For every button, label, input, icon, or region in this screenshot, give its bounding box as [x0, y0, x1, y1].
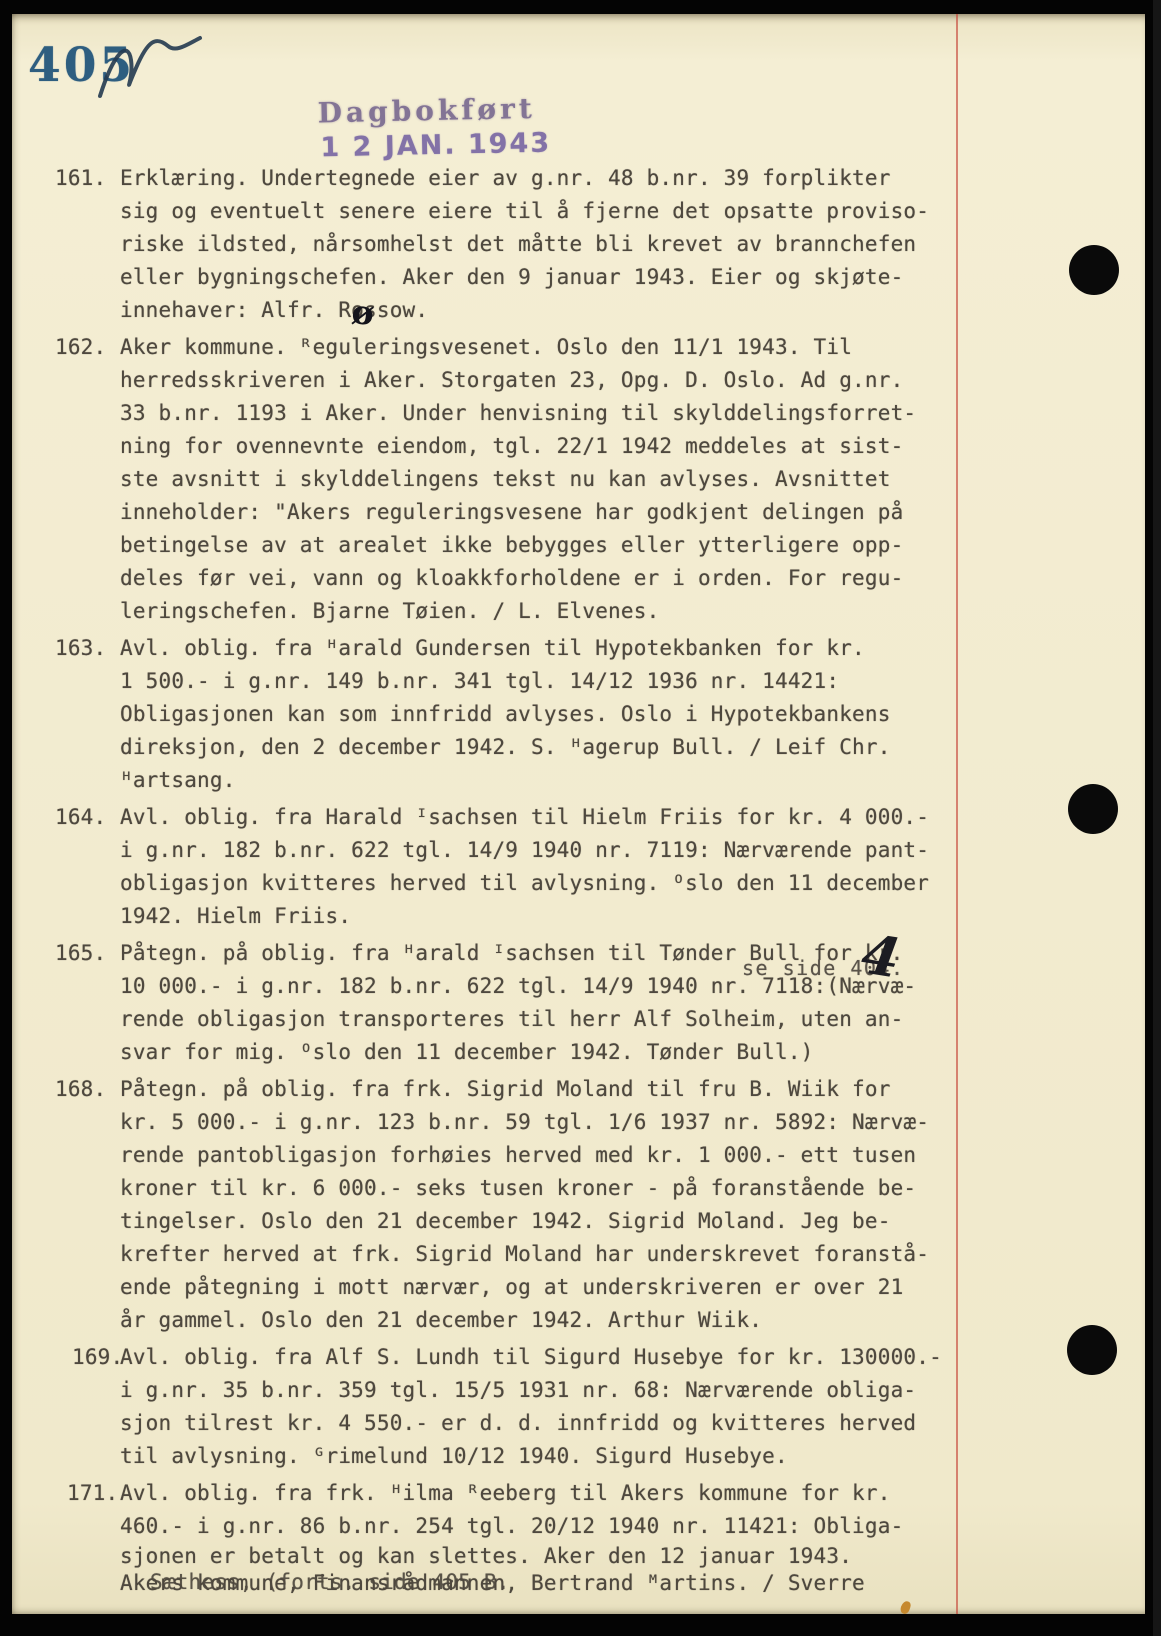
entry-line: Sæthess, (forts. side 405 B.	[120, 1569, 975, 1596]
punch-hole-middle	[1068, 784, 1118, 834]
entries-list: 161.Erklæring. Undertegnede eier av g.nr…	[55, 162, 975, 1600]
entry-line: riske ildsted, nårsomhelst det måtte bli…	[120, 228, 975, 261]
entry-number: 161.	[55, 162, 120, 327]
stamp-date: 1 2 JAN. 1943	[320, 128, 551, 164]
entry-line: ning for ovennevnte eiendom, tgl. 22/1 1…	[120, 430, 975, 463]
entry: 162.Aker kommune. ᴿeguleringsvesenet. Os…	[55, 331, 975, 628]
entry-line: 460.- i g.nr. 86 b.nr. 254 tgl. 20/12 19…	[120, 1510, 975, 1543]
entry-line: svar for mig. ᴼslo den 11 december 1942.…	[120, 1036, 975, 1069]
page-number-flourish-icon	[96, 34, 206, 106]
entry: 171.Avl. oblig. fra frk. ᴴilma ᴿeeberg t…	[55, 1477, 975, 1596]
entry-line: krefter herved at frk. Sigrid Moland har…	[120, 1238, 975, 1271]
scan-edge-stripe	[1153, 0, 1161, 1636]
entry-line: Påtegn. på oblig. fra frk. Sigrid Moland…	[120, 1073, 975, 1106]
entry-line: obligasjon kvitteres herved til avlysnin…	[120, 867, 975, 900]
entry-line: Erklæring. Undertegnede eier av g.nr. 48…	[120, 162, 975, 195]
entry-line: Avl. oblig. fra Harald ᴵsachsen til Hiel…	[120, 801, 975, 834]
entry-line: ste avsnitt i skylddelingens tekst nu ka…	[120, 463, 975, 496]
entry-line: rende pantobligasjon forhøies herved med…	[120, 1139, 975, 1172]
entry-line: kroner til kr. 6 000.- seks tusen kroner…	[120, 1172, 975, 1205]
entry-line: i g.nr. 182 b.nr. 622 tgl. 14/9 1940 nr.…	[120, 834, 975, 867]
entry-line: år gammel. Oslo den 21 december 1942. Ar…	[120, 1304, 975, 1337]
entry-line: ᴴartsang.	[120, 764, 975, 797]
entry-number: 163.	[55, 632, 120, 797]
diary-stamp: Dagbokført 1 2 JAN. 1943	[317, 92, 551, 164]
entry: 168.Påtegn. på oblig. fra frk. Sigrid Mo…	[55, 1073, 975, 1337]
entry-line: innehaver: Alfr. Rossow.	[120, 294, 975, 327]
entry-line: ende påtegning i mott nærvær, og at unde…	[120, 1271, 975, 1304]
punch-hole-bottom	[1067, 1325, 1117, 1375]
entry-line: i g.nr. 35 b.nr. 359 tgl. 15/5 1931 nr. …	[120, 1374, 975, 1407]
punch-hole-top	[1069, 245, 1119, 295]
entry-line: 1 500.- i g.nr. 149 b.nr. 341 tgl. 14/12…	[120, 665, 975, 698]
entry-lines: Avl. oblig. fra Harald ᴵsachsen til Hiel…	[120, 801, 975, 933]
entry-lines: Erklæring. Undertegnede eier av g.nr. 48…	[120, 162, 975, 327]
entry-line: betingelse av at arealet ikke bebygges e…	[120, 529, 975, 562]
stamp-word: Dagbokført	[317, 92, 550, 130]
entry-number: 165.	[55, 937, 120, 1069]
entry-lines: Avl. oblig. fra ᴴarald Gundersen til Hyp…	[120, 632, 975, 797]
entry-line: kr. 5 000.- i g.nr. 123 b.nr. 59 tgl. 1/…	[120, 1106, 975, 1139]
entry-line: deles før vei, vann og kloakkforholdene …	[120, 562, 975, 595]
entry-lines: Påtegn. på oblig. fra frk. Sigrid Moland…	[120, 1073, 975, 1337]
entry-line: direksjon, den 2 december 1942. S. ᴴager…	[120, 731, 975, 764]
entry-line: leringschefen. Bjarne Tøien. / L. Elvene…	[120, 595, 975, 628]
entry: 164.Avl. oblig. fra Harald ᴵsachsen til …	[55, 801, 975, 933]
handwritten-o-overlay: ø	[350, 292, 377, 333]
entry-line: sig og eventuelt senere eiere til å fjer…	[120, 195, 975, 228]
entry-line: Avl. oblig. fra Alf S. Lundh til Sigurd …	[120, 1341, 975, 1374]
entry-line: sjonen er betalt og kan slettes. Aker de…	[120, 1543, 975, 1570]
entry-line: 33 b.nr. 1193 i Aker. Under henvisning t…	[120, 397, 975, 430]
entry-lines: Avl. oblig. fra Alf S. Lundh til Sigurd …	[120, 1341, 975, 1473]
entry-line: rende obligasjon transporteres til herr …	[120, 1003, 975, 1036]
entry: 169.Avl. oblig. fra Alf S. Lundh til Sig…	[55, 1341, 975, 1473]
scanned-document: { "page": { "page_number": "405", "stamp…	[0, 0, 1161, 1636]
entry-line: Obligasjonen kan som innfridd avlyses. O…	[120, 698, 975, 731]
entry-number: 171.	[55, 1477, 120, 1596]
entry-line: 1942. Hielm Friis.	[120, 900, 975, 933]
entry-number: 164.	[55, 801, 120, 933]
entry-lines: Aker kommune. ᴿeguleringsvesenet. Oslo d…	[120, 331, 975, 628]
entry-line: Avl. oblig. fra ᴴarald Gundersen til Hyp…	[120, 632, 975, 665]
entry-line: Aker kommune. ᴿeguleringsvesenet. Oslo d…	[120, 331, 975, 364]
entry-number: 169.	[55, 1341, 120, 1473]
entry-number: 168.	[55, 1073, 120, 1337]
entry-lines: Avl. oblig. fra frk. ᴴilma ᴿeeberg til A…	[120, 1477, 975, 1596]
entry-line: sjon tilrest kr. 4 550.- er d. d. innfri…	[120, 1407, 975, 1440]
entry: 163.Avl. oblig. fra ᴴarald Gundersen til…	[55, 632, 975, 797]
entry: 161.Erklæring. Undertegnede eier av g.nr…	[55, 162, 975, 327]
entry-line: til avlysning. ᴳrimelund 10/12 1940. Sig…	[120, 1440, 975, 1473]
entry-line: eller bygningschefen. Aker den 9 januar …	[120, 261, 975, 294]
entry-line: inneholder: "Akers reguleringsvesene har…	[120, 496, 975, 529]
entry-number: 162.	[55, 331, 120, 628]
entry-line: tingelser. Oslo den 21 december 1942. Si…	[120, 1205, 975, 1238]
entry-line: Avl. oblig. fra frk. ᴴilma ᴿeeberg til A…	[120, 1477, 975, 1510]
entry-line: herredsskriveren i Aker. Storgaten 23, O…	[120, 364, 975, 397]
